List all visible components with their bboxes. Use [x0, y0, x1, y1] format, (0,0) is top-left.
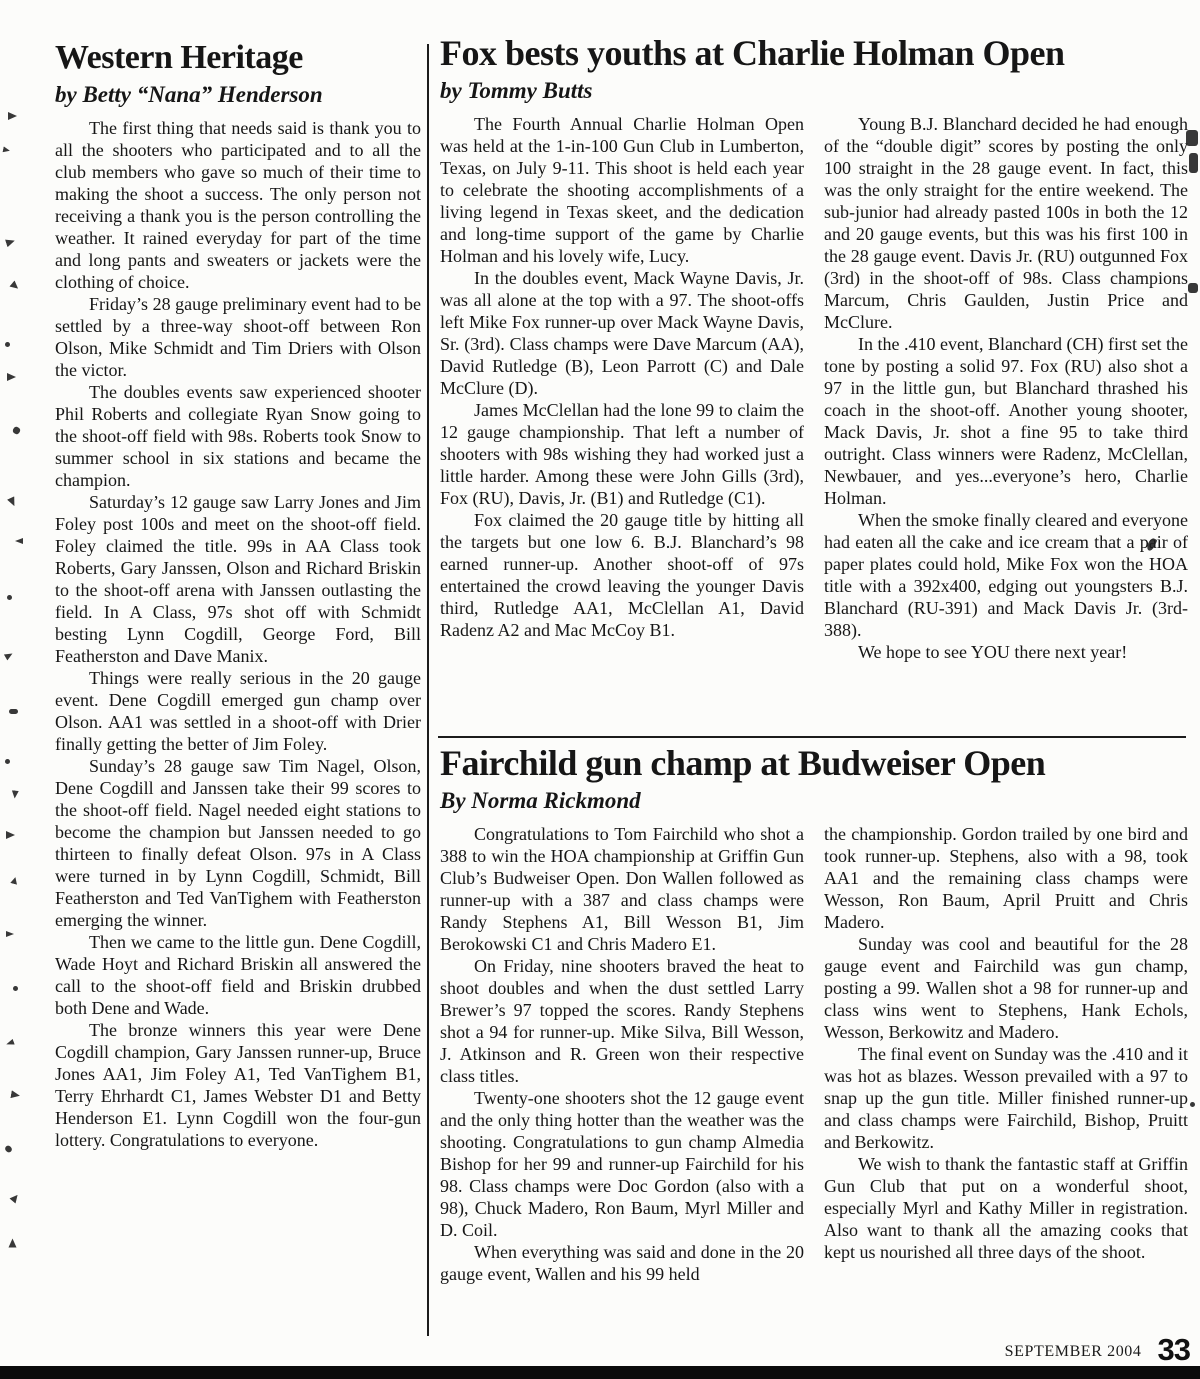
scan-artifact [9, 709, 18, 714]
article-western-heritage: Western Heritage by Betty “Nana” Henders… [55, 40, 421, 1151]
article-paragraph: The bronze winners this year were Dene C… [55, 1019, 421, 1151]
scan-artifact [4, 1144, 13, 1153]
article-column-1: The Fourth Annual Charlie Holman Open wa… [440, 113, 804, 663]
article-paragraph: Congratulations to Tom Fairchild who sho… [440, 823, 804, 955]
issue-date: SEPTEMBER 2004 [1005, 1343, 1142, 1360]
scan-artifact [1189, 153, 1198, 173]
scan-artifact [10, 876, 19, 885]
article-paragraph: In the doubles event, Mack Wayne Davis, … [440, 267, 804, 399]
article-title: Fox bests youths at Charlie Holman Open [440, 34, 1188, 73]
article-paragraph: Things were really serious in the 20 gau… [55, 667, 421, 755]
scan-artifact [7, 496, 18, 508]
article-column-2: the championship. Gordon trailed by one … [824, 823, 1188, 1285]
article-columns: Congratulations to Tom Fairchild who sho… [440, 823, 1188, 1285]
article-paragraph: On Friday, nine shooters braved the heat… [440, 955, 804, 1087]
article-paragraph: In the .410 event, Blanchard (CH) first … [824, 333, 1188, 509]
article-paragraph: The final event on Sunday was the .410 a… [824, 1043, 1188, 1153]
article-columns: The Fourth Annual Charlie Holman Open wa… [440, 113, 1188, 663]
article-paragraph: Sunday’s 28 gauge saw Tim Nagel, Olson, … [55, 755, 421, 931]
scan-artifact [8, 112, 17, 120]
article-paragraph: We wish to thank the fantastic staff at … [824, 1153, 1188, 1263]
scan-artifact [5, 237, 16, 247]
scan-artifact [13, 986, 18, 991]
scan-artifact [2, 146, 10, 153]
page-footer: SEPTEMBER 2004 33 [860, 1332, 1190, 1368]
scan-artifact [7, 373, 16, 381]
scan-artifact [9, 1192, 20, 1203]
article-paragraph: Saturday’s 12 gauge saw Larry Jones and … [55, 491, 421, 667]
article-paragraph: Sunday was cool and beautiful for the 28… [824, 933, 1188, 1043]
scan-edge-bar [0, 1366, 1200, 1379]
scan-artifact [11, 790, 19, 799]
scan-artifact [4, 650, 14, 660]
article-paragraph: When everything was said and done in the… [440, 1241, 804, 1285]
scan-artifact [5, 342, 10, 347]
article-byline: by Betty “Nana” Henderson [55, 82, 421, 108]
article-paragraph: The first thing that needs said is thank… [55, 117, 421, 293]
article-paragraph: the championship. Gordon trailed by one … [824, 823, 1188, 933]
scan-artifact [9, 280, 20, 291]
article-byline: By Norma Rickmond [440, 788, 1188, 814]
article-fox-bests-youths: Fox bests youths at Charlie Holman Open … [440, 34, 1188, 663]
article-column-1: Congratulations to Tom Fairchild who sho… [440, 823, 804, 1285]
article-paragraph: Friday’s 28 gauge preliminary event had … [55, 293, 421, 381]
scan-artifact [1188, 283, 1198, 293]
scan-artifact [12, 426, 22, 436]
column-divider [427, 44, 429, 1336]
scan-artifact [6, 931, 14, 937]
article-paragraph: Fox claimed the 20 gauge title by hittin… [440, 509, 804, 641]
article-paragraph: Young B.J. Blanchard decided he had enou… [824, 113, 1188, 333]
article-title: Western Heritage [55, 40, 421, 77]
article-title: Fairchild gun champ at Budweiser Open [440, 744, 1188, 783]
scan-artifact [1190, 1102, 1195, 1107]
scan-artifact [1186, 130, 1198, 146]
article-fairchild-gun-champ: Fairchild gun champ at Budweiser Open By… [440, 744, 1188, 1285]
article-column-2: Young B.J. Blanchard decided he had enou… [824, 113, 1188, 663]
article-divider [438, 736, 1186, 738]
scan-artifact [9, 1239, 17, 1248]
article-paragraph: Twenty-one shooters shot the 12 gauge ev… [440, 1087, 804, 1241]
article-paragraph: When the smoke finally cleared and every… [824, 509, 1188, 641]
article-paragraph: The Fourth Annual Charlie Holman Open wa… [440, 113, 804, 267]
article-byline: by Tommy Butts [440, 78, 1188, 104]
scan-artifact [5, 759, 10, 764]
article-paragraph: We hope to see YOU there next year! [824, 641, 1188, 663]
scan-artifact [7, 595, 12, 600]
article-paragraph: Then we came to the little gun. Dene Cog… [55, 931, 421, 1019]
scan-artifact [10, 1090, 20, 1099]
article-paragraph: The doubles events saw experienced shoot… [55, 381, 421, 491]
scan-artifact [15, 538, 23, 544]
article-paragraph: James McClellan had the lone 99 to claim… [440, 399, 804, 509]
page-number: 33 [1158, 1332, 1190, 1367]
scan-artifact [5, 1039, 15, 1047]
scan-artifact [6, 831, 15, 839]
magazine-page: Western Heritage by Betty “Nana” Henders… [0, 0, 1200, 1379]
